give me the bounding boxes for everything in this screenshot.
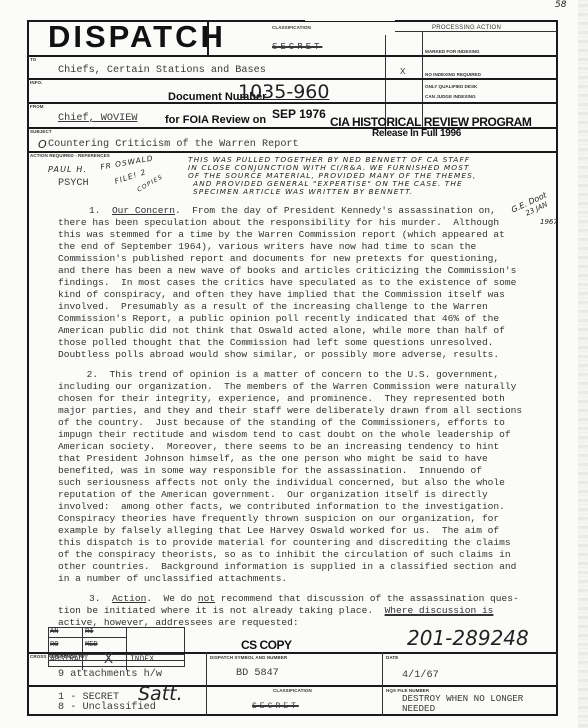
p2-line: such seriousness affects not only the in… (58, 477, 548, 489)
info-label: INFO. (30, 80, 43, 85)
routing-ri: RI (85, 628, 93, 636)
p3-not: not (198, 593, 215, 604)
program-stamp: CIA HISTORICAL REVIEW PROGRAM (330, 115, 532, 129)
title-divider (207, 20, 209, 55)
annotation-paul-h: PAUL H. (48, 165, 87, 174)
dispatch-symbol-label: DISPATCH SYMBOL AND NUMBER (210, 655, 287, 660)
p3-second-line: tion be initiated where it is not alread… (58, 605, 548, 617)
p1-line: Doubtless polls abroad would show simila… (58, 349, 548, 361)
p1-line: Commission's published report and docume… (58, 253, 548, 265)
p1-line: American public did not think that Oswal… (58, 325, 548, 337)
abstract-mark: X (104, 651, 113, 668)
p2-line: involved: among other facts, we contribu… (58, 501, 548, 513)
proc-only-qualified-desk: ONLY QUALIFIED DESK (425, 84, 477, 89)
foia-date: SEP 1976 (272, 107, 326, 121)
p2-line: of the country. Just because of the stan… (58, 417, 548, 429)
footer-col-1 (206, 652, 207, 715)
p3-first-line: 3. Action. We do not recommend that disc… (89, 593, 579, 605)
p2-line: including our organization. The members … (58, 381, 548, 393)
p2-line: in a number of unclassified attachments. (58, 573, 548, 585)
proc-header-line (395, 31, 557, 32)
classification-label: CLASSIFICATION (272, 25, 311, 30)
p1-line: and there has been a new wave of books a… (58, 265, 548, 277)
cs-copy-stamp: CS COPY (241, 638, 292, 652)
date-value: 4/1/67 (402, 670, 439, 681)
index-label: INDEX (130, 655, 154, 664)
attachments: 9 attachments h/w (58, 669, 162, 680)
classification-value: SECRET (272, 42, 322, 52)
p1-first-line: 1. Our Concern. From the day of Presiden… (89, 205, 579, 217)
p2-line: this dispatch is to provide material for… (58, 537, 548, 549)
p3-underlined: Where discussion is (385, 605, 494, 616)
p2-line: Conspiracy theories have frequently thro… (58, 513, 548, 525)
frame-right (556, 20, 558, 715)
p1-line: the end of September 1964), various writ… (58, 241, 548, 253)
dispatch-title: DISPATCH (48, 19, 226, 55)
p2-line: other countries. Background information … (58, 561, 548, 573)
footer-line-mid (27, 685, 558, 687)
p1-line: this was stemmed for a time by the Warre… (58, 229, 548, 241)
frame-top-right (395, 20, 558, 22)
p2-line: example by falsely alleging that Lee Har… (58, 525, 548, 537)
frame-bottom (27, 714, 558, 716)
dispatch-symbol-value: BD 5847 (236, 668, 279, 679)
p1-line: Commission's Report, a public opinion po… (58, 313, 548, 325)
p3-heading: Action (112, 593, 146, 604)
frame-top-mid2 (305, 21, 395, 22)
annotation-file-number: 201-289248 (407, 626, 529, 650)
row-line-info (27, 78, 558, 80)
to-label: TO (30, 57, 36, 62)
footer-classification-value: SECRET (252, 702, 299, 711)
p2-line: American society. Moreover, there seems … (58, 441, 548, 453)
page-corner-mark: 58 (555, 0, 566, 10)
p1-line: those polled thought that the Commission… (58, 337, 548, 349)
p2-line: of the conspiracy theorists, so as to in… (58, 549, 548, 561)
p2-line: chosen for their integrity, experience, … (58, 393, 548, 405)
footer-classification-label: CLASSIFICATION (273, 688, 312, 693)
document-number-value: 1035-960 (238, 81, 329, 103)
annotation-satt: Satt. (138, 683, 183, 705)
p2-line: major parties, and they and their staff … (58, 405, 548, 417)
p1-line: involved. Presumably as a result of the … (58, 301, 548, 313)
p1-line: kind of conspiracy, and often they have … (58, 289, 548, 301)
proc-no-indexing-mark: X (400, 67, 405, 77)
to-value: Chiefs, Certain Stations and Bases (58, 65, 266, 76)
from-value: Chief, WOVIEW (58, 113, 137, 124)
routing-ro: RO (50, 641, 58, 649)
p2-line: benefited, was in some way responsible f… (58, 465, 548, 477)
subject-value: Countering Criticism of the Warren Repor… (48, 139, 299, 150)
abstract-label: ABSTRACT (50, 655, 88, 664)
scan-edge (578, 0, 588, 728)
release-stamp: Release In Full 1996 (372, 128, 461, 139)
from-label: FROM (30, 104, 44, 109)
annotation-note-5: SPECIMEN ARTICLE WAS WRITTEN BY BENNETT. (193, 187, 413, 196)
hqs-file-line2: NEEDED (402, 703, 435, 714)
proc-marked-for-indexing: MARKED FOR INDEXING (425, 49, 480, 54)
frame-left (27, 20, 29, 715)
proc-no-indexing-required: NO INDEXING REQUIRED (425, 72, 481, 77)
proc-col-left (385, 35, 386, 127)
footer-col-2 (382, 652, 383, 715)
routing-row-line (48, 637, 126, 638)
proc-can-judge-indexing: CAN JUDGE INDEXING (425, 94, 476, 99)
p1-heading: Our Concern (112, 205, 175, 216)
subject-label: SUBJECT (30, 129, 52, 134)
routing-med: MED (85, 641, 98, 649)
row-line-to (27, 55, 558, 57)
subject-mark: O (38, 138, 47, 151)
date-label: DATE (386, 655, 398, 660)
p2-line: that President Johnson himself, as the o… (58, 453, 548, 465)
p2-line: reputation of the American government. O… (58, 489, 548, 501)
action-required-label: ACTION REQUIRED - REFERENCES (30, 153, 110, 158)
routing-an: AN (50, 628, 58, 636)
p2-line: 2. This trend of opinion is a matter of … (58, 369, 548, 381)
p2-line: impugn their rectitude and wisdom tend t… (58, 429, 548, 441)
p1-line: there has been speculation about the res… (58, 217, 548, 229)
annotation-psych: PSYCH (58, 178, 89, 189)
abstract-index-divider (126, 654, 127, 666)
foia-label: for FOIA Review on (165, 114, 266, 126)
p1-line: findings. In most cases the critics have… (58, 277, 548, 289)
